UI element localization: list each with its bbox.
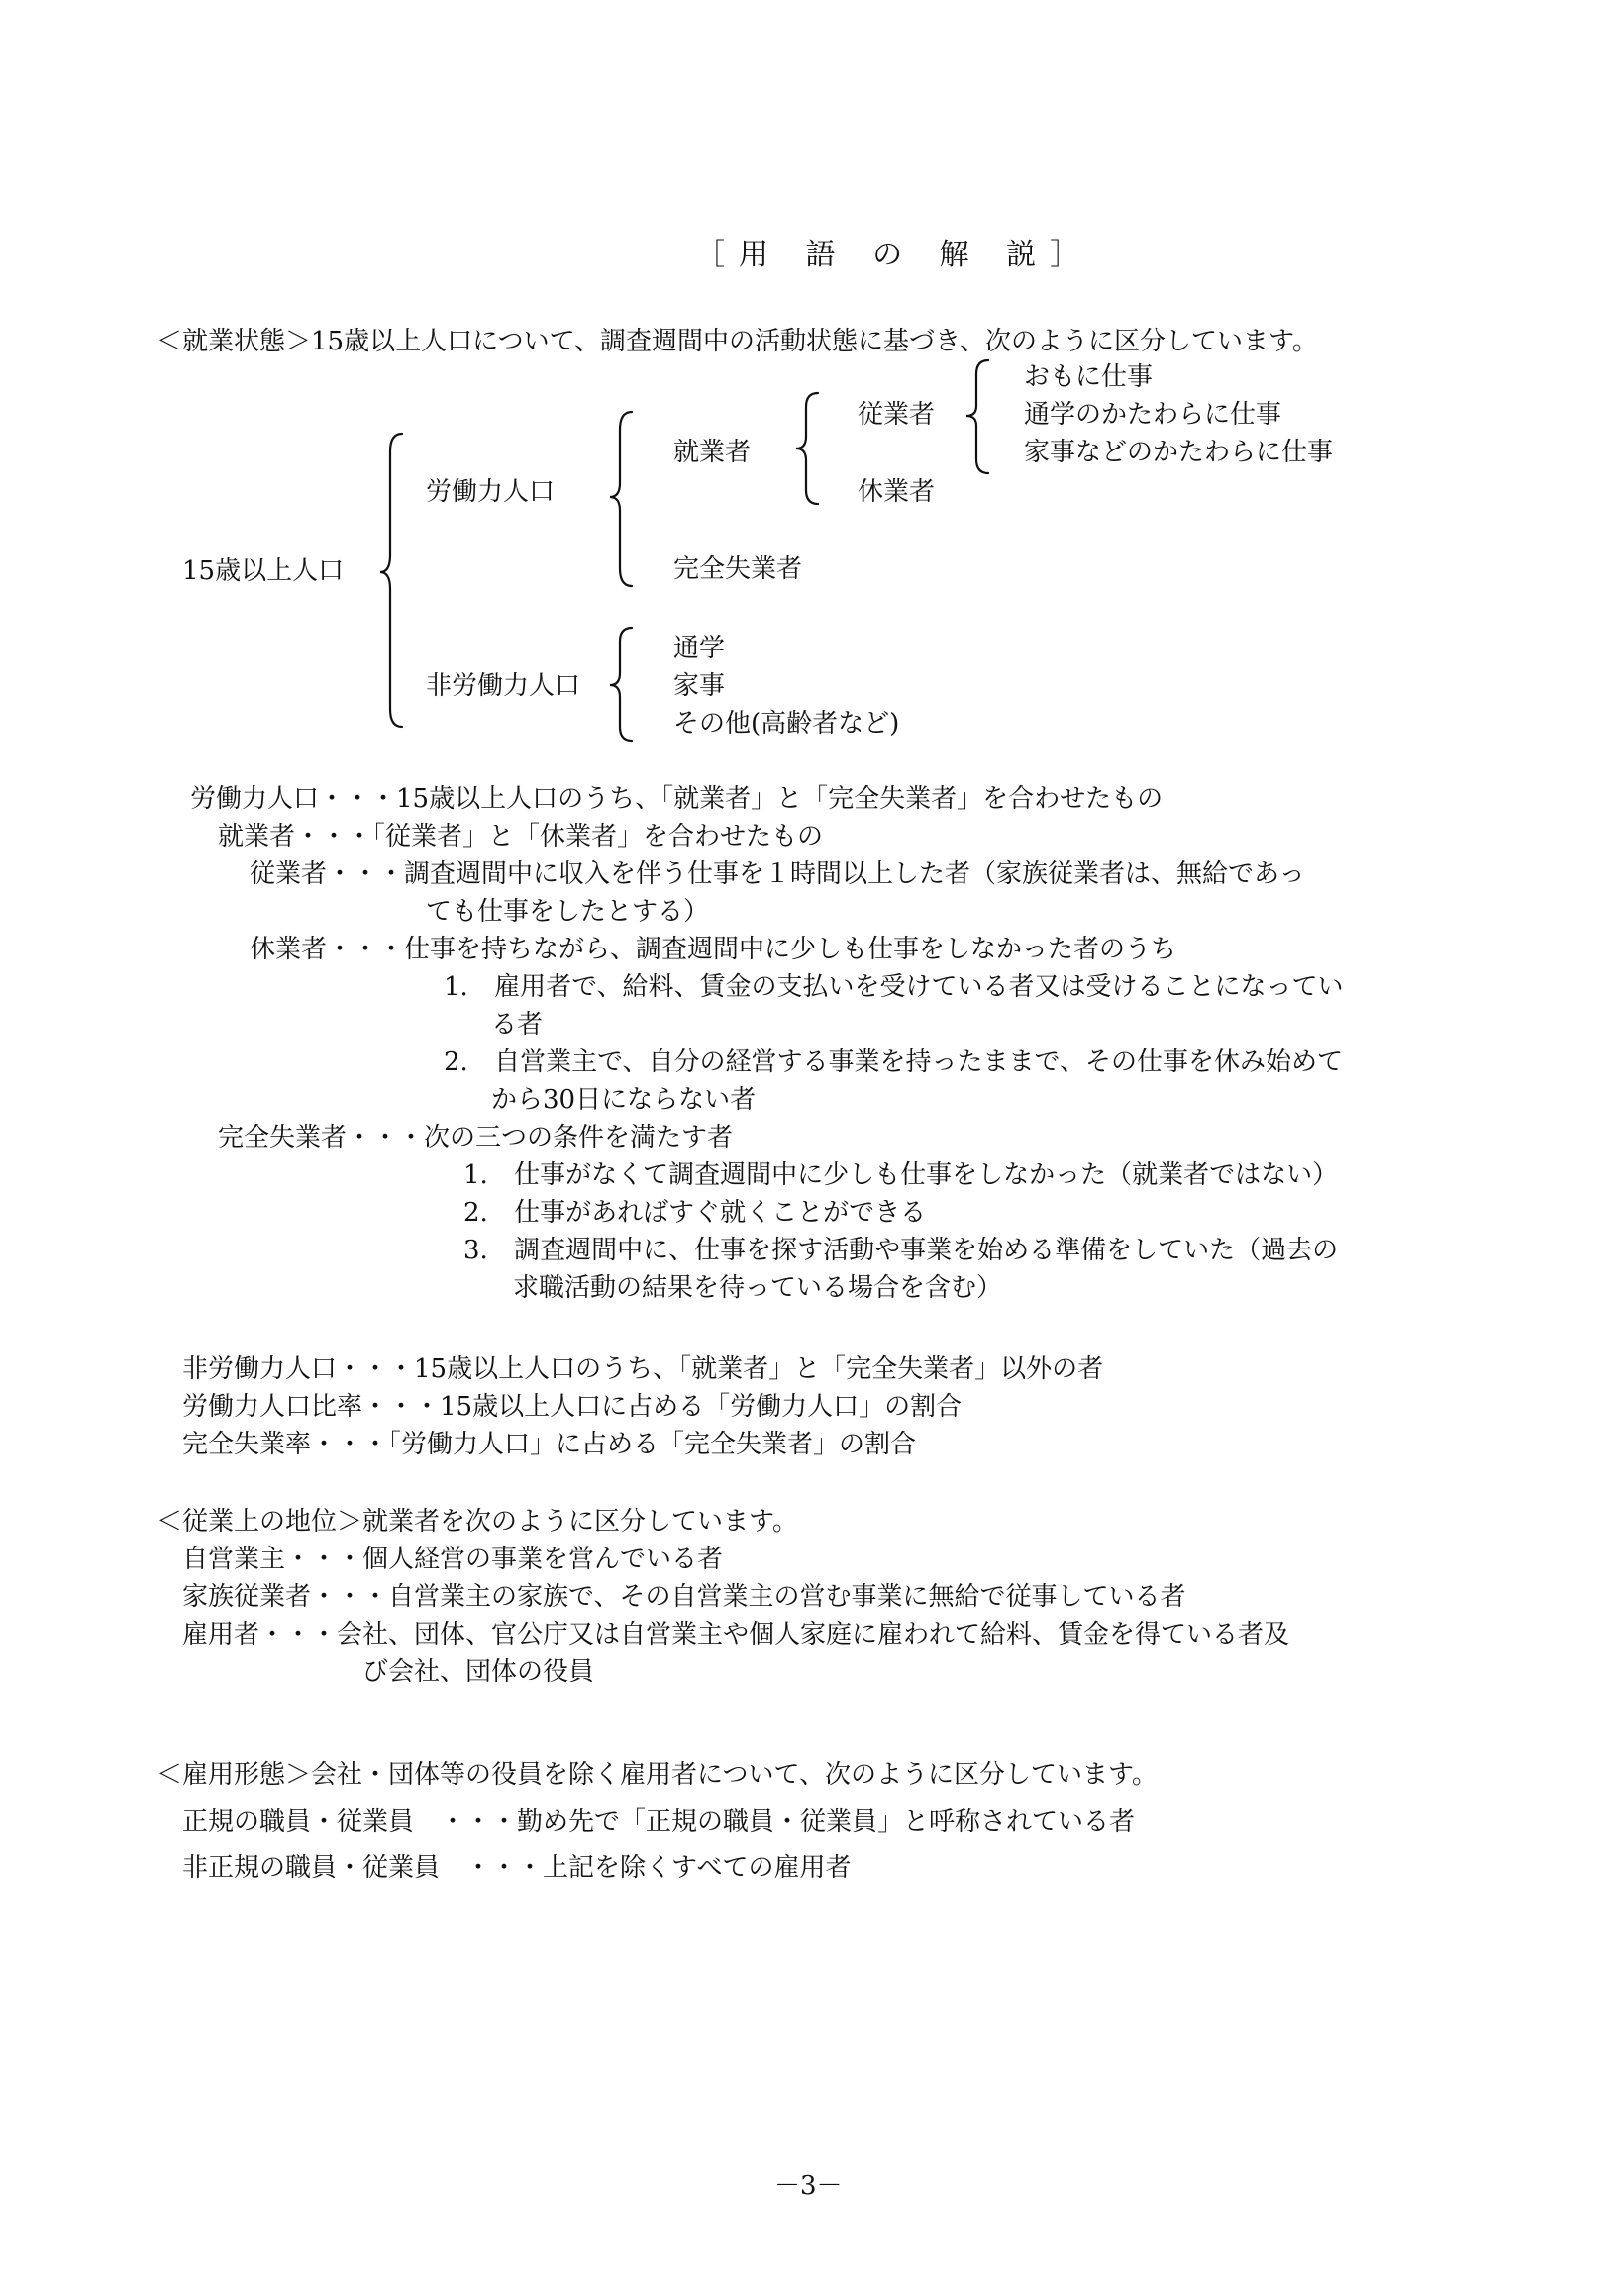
definition-text: 15歳以上人口のうち、「就業者」と「完全失業者」以外の者 bbox=[414, 1354, 1103, 1384]
definition-self-employed: 自営業主・・・個人経営の事業を営んでいる者 bbox=[182, 1545, 723, 1574]
tree-node-at-work: 従業者 bbox=[858, 400, 935, 430]
item-number: 3. bbox=[463, 1236, 488, 1265]
definition-term: 休業者・・・ bbox=[250, 935, 404, 964]
definition-text: 次の三つの条件を満たす者 bbox=[424, 1123, 733, 1152]
definition-employed: 就業者・・・「従業者」と「休業者」を合わせたもの bbox=[218, 822, 823, 851]
brace-at-work bbox=[963, 358, 992, 475]
tree-node-not-labor-force: 非労働力人口 bbox=[426, 671, 580, 701]
definition-term: 完全失業率・・・ bbox=[182, 1430, 388, 1459]
brace-root bbox=[376, 432, 406, 729]
definition-text: 調査週間中に収入を伴う仕事を１時間以上した者（家族従業者は、無給であっ bbox=[404, 859, 1305, 889]
tree-node-nlf-item-2: 家事 bbox=[673, 671, 725, 701]
definition-labor-force-ratio: 労働力人口比率・・・15歳以上人口に占める「労働力人口」の割合 bbox=[182, 1392, 962, 1422]
definition-unemployed-item-3-cont: 求職活動の結果を待っている場合を含む） bbox=[513, 1273, 1002, 1303]
tree-node-nlf-item-1: 通学 bbox=[673, 634, 725, 663]
item-text: 調査週間中に、仕事を探す活動や事業を始める準備をしていた（過去の bbox=[514, 1236, 1338, 1265]
section-heading-status-in-employment: ＜従業上の地位＞就業者を次のように区分しています。 bbox=[156, 1507, 798, 1537]
definition-text: 自営業主の家族で、その自営業主の営む事業に無給で従事している者 bbox=[388, 1582, 1185, 1612]
definition-absent-item-2-cont: から30日にならない者 bbox=[491, 1085, 756, 1115]
item-number: 2. bbox=[444, 1048, 468, 1077]
definition-absent-item-1-cont: る者 bbox=[491, 1010, 543, 1040]
tree-node-at-work-item-3: 家事などのかたわらに仕事 bbox=[1024, 438, 1333, 467]
definition-not-labor-force: 非労働力人口・・・15歳以上人口のうち、「就業者」と「完全失業者」以外の者 bbox=[182, 1354, 1103, 1384]
definition-absent-item-1: 1. 雇用者で、給料、賃金の支払いを受けている者又は受けることになってい bbox=[444, 972, 1344, 1002]
definition-text: 個人経営の事業を営んでいる者 bbox=[362, 1545, 723, 1574]
definition-unemployed: 完全失業者・・・次の三つの条件を満たす者 bbox=[218, 1123, 733, 1152]
definition-term: 労働力人口比率・・・ bbox=[182, 1392, 440, 1422]
definition-employee-cont: び会社、団体の役員 bbox=[362, 1657, 594, 1687]
definition-absent-item-2: 2. 自営業主で、自分の経営する事業を持ったままで、その仕事を休み始めて bbox=[444, 1048, 1343, 1077]
definition-text: 15歳以上人口に占める「労働力人口」の割合 bbox=[440, 1392, 962, 1422]
brace-not-labor-force bbox=[606, 626, 636, 743]
definition-text: 上記を除くすべての雇用者 bbox=[543, 1853, 851, 1883]
item-text: 仕事がなくて調査週間中に少しも仕事をしなかった（就業者ではない） bbox=[514, 1160, 1338, 1190]
definition-regular-staff: 正規の職員・従業員 ・・・勤め先で「正規の職員・従業員」と呼称されている者 bbox=[182, 1807, 1135, 1837]
brace-labor-force bbox=[606, 410, 636, 588]
item-text: 自営業主で、自分の経営する事業を持ったままで、その仕事を休み始めて bbox=[494, 1048, 1343, 1077]
definition-text: 会社、団体、官公庁又は自営業主や個人家庭に雇われて給料、賃金を得ている者及 bbox=[337, 1620, 1289, 1649]
tree-node-labor-force: 労働力人口 bbox=[426, 477, 555, 507]
definition-term: 就業者・・・ bbox=[218, 822, 372, 851]
section-heading-employment-status: ＜就業状態＞15歳以上人口について、調査週間中の活動状態に基づき、次のように区分… bbox=[156, 327, 1318, 356]
tree-node-root: 15歳以上人口 bbox=[182, 556, 344, 586]
definition-absent: 休業者・・・仕事を持ちながら、調査週間中に少しも仕事をしなかった者のうち bbox=[250, 935, 1176, 964]
definition-non-regular-staff: 非正規の職員・従業員 ・・・上記を除くすべての雇用者 bbox=[182, 1853, 852, 1883]
tree-node-nlf-item-3: その他(高齢者など) bbox=[673, 709, 899, 739]
item-number: 1. bbox=[444, 972, 468, 1002]
definition-term: 家族従業者・・・ bbox=[182, 1582, 388, 1612]
definition-unemployment-rate: 完全失業率・・・「労働力人口」に占める「完全失業者」の割合 bbox=[182, 1430, 916, 1459]
definition-term: 非労働力人口・・・ bbox=[182, 1354, 414, 1384]
item-text: 雇用者で、給料、賃金の支払いを受けている者又は受けることになってい bbox=[494, 972, 1343, 1002]
definition-term: 正規の職員・従業員 ・・・ bbox=[182, 1807, 517, 1837]
tree-node-absent: 休業者 bbox=[858, 477, 935, 507]
definition-unemployed-item-3: 3. 調査週間中に、仕事を探す活動や事業を始める準備をしていた（過去の bbox=[463, 1236, 1338, 1265]
definition-unemployed-item-1: 1. 仕事がなくて調査週間中に少しも仕事をしなかった（就業者ではない） bbox=[463, 1160, 1338, 1190]
brace-employed bbox=[792, 391, 822, 506]
tree-node-unemployed: 完全失業者 bbox=[673, 554, 802, 584]
definition-text: 勤め先で「正規の職員・従業員」と呼称されている者 bbox=[517, 1807, 1135, 1837]
definition-term: 完全失業者・・・ bbox=[218, 1123, 424, 1152]
definition-text: 「従業者」と「休業者」を合わせたもの bbox=[372, 822, 823, 851]
definition-family-worker: 家族従業者・・・自営業主の家族で、その自営業主の営む事業に無給で従事している者 bbox=[182, 1582, 1186, 1612]
definition-text: 仕事を持ちながら、調査週間中に少しも仕事をしなかった者のうち bbox=[404, 935, 1176, 964]
definition-employee: 雇用者・・・会社、団体、官公庁又は自営業主や個人家庭に雇われて給料、賃金を得てい… bbox=[182, 1620, 1289, 1649]
definition-term: 雇用者・・・ bbox=[182, 1620, 337, 1649]
definition-term: 自営業主・・・ bbox=[182, 1545, 362, 1574]
tree-node-at-work-item-2: 通学のかたわらに仕事 bbox=[1024, 400, 1281, 430]
definition-labor-force: 労働力人口・・・15歳以上人口のうち、「就業者」と「完全失業者」を合わせたもの bbox=[190, 784, 1163, 814]
item-text: 仕事があればすぐ就くことができる bbox=[514, 1198, 926, 1228]
tree-node-at-work-item-1: おもに仕事 bbox=[1024, 362, 1153, 392]
definition-text: 「労働力人口」に占める「完全失業者」の割合 bbox=[388, 1430, 916, 1459]
definition-text: 15歳以上人口のうち、「就業者」と「完全失業者」を合わせたもの bbox=[396, 784, 1163, 814]
definition-term: 非正規の職員・従業員 ・・・ bbox=[182, 1853, 543, 1883]
definition-term: 従業者・・・ bbox=[250, 859, 404, 889]
item-number: 2. bbox=[463, 1198, 488, 1228]
page-title: ［用 語 の 解 説］ bbox=[695, 230, 1093, 273]
definition-unemployed-item-2: 2. 仕事があればすぐ就くことができる bbox=[463, 1198, 926, 1228]
item-number: 1. bbox=[463, 1160, 488, 1190]
definition-at-work: 従業者・・・調査週間中に収入を伴う仕事を１時間以上した者（家族従業者は、無給であ… bbox=[250, 859, 1305, 889]
tree-node-employed: 就業者 bbox=[673, 438, 751, 467]
definition-term: 労働力人口・・・ bbox=[190, 784, 396, 814]
section-heading-employment-type: ＜雇用形態＞会社・団体等の役員を除く雇用者について、次のように区分しています。 bbox=[156, 1760, 1158, 1790]
page-number: －3－ bbox=[774, 2165, 843, 2202]
definition-at-work-cont: ても仕事をしたとする） bbox=[426, 897, 709, 927]
